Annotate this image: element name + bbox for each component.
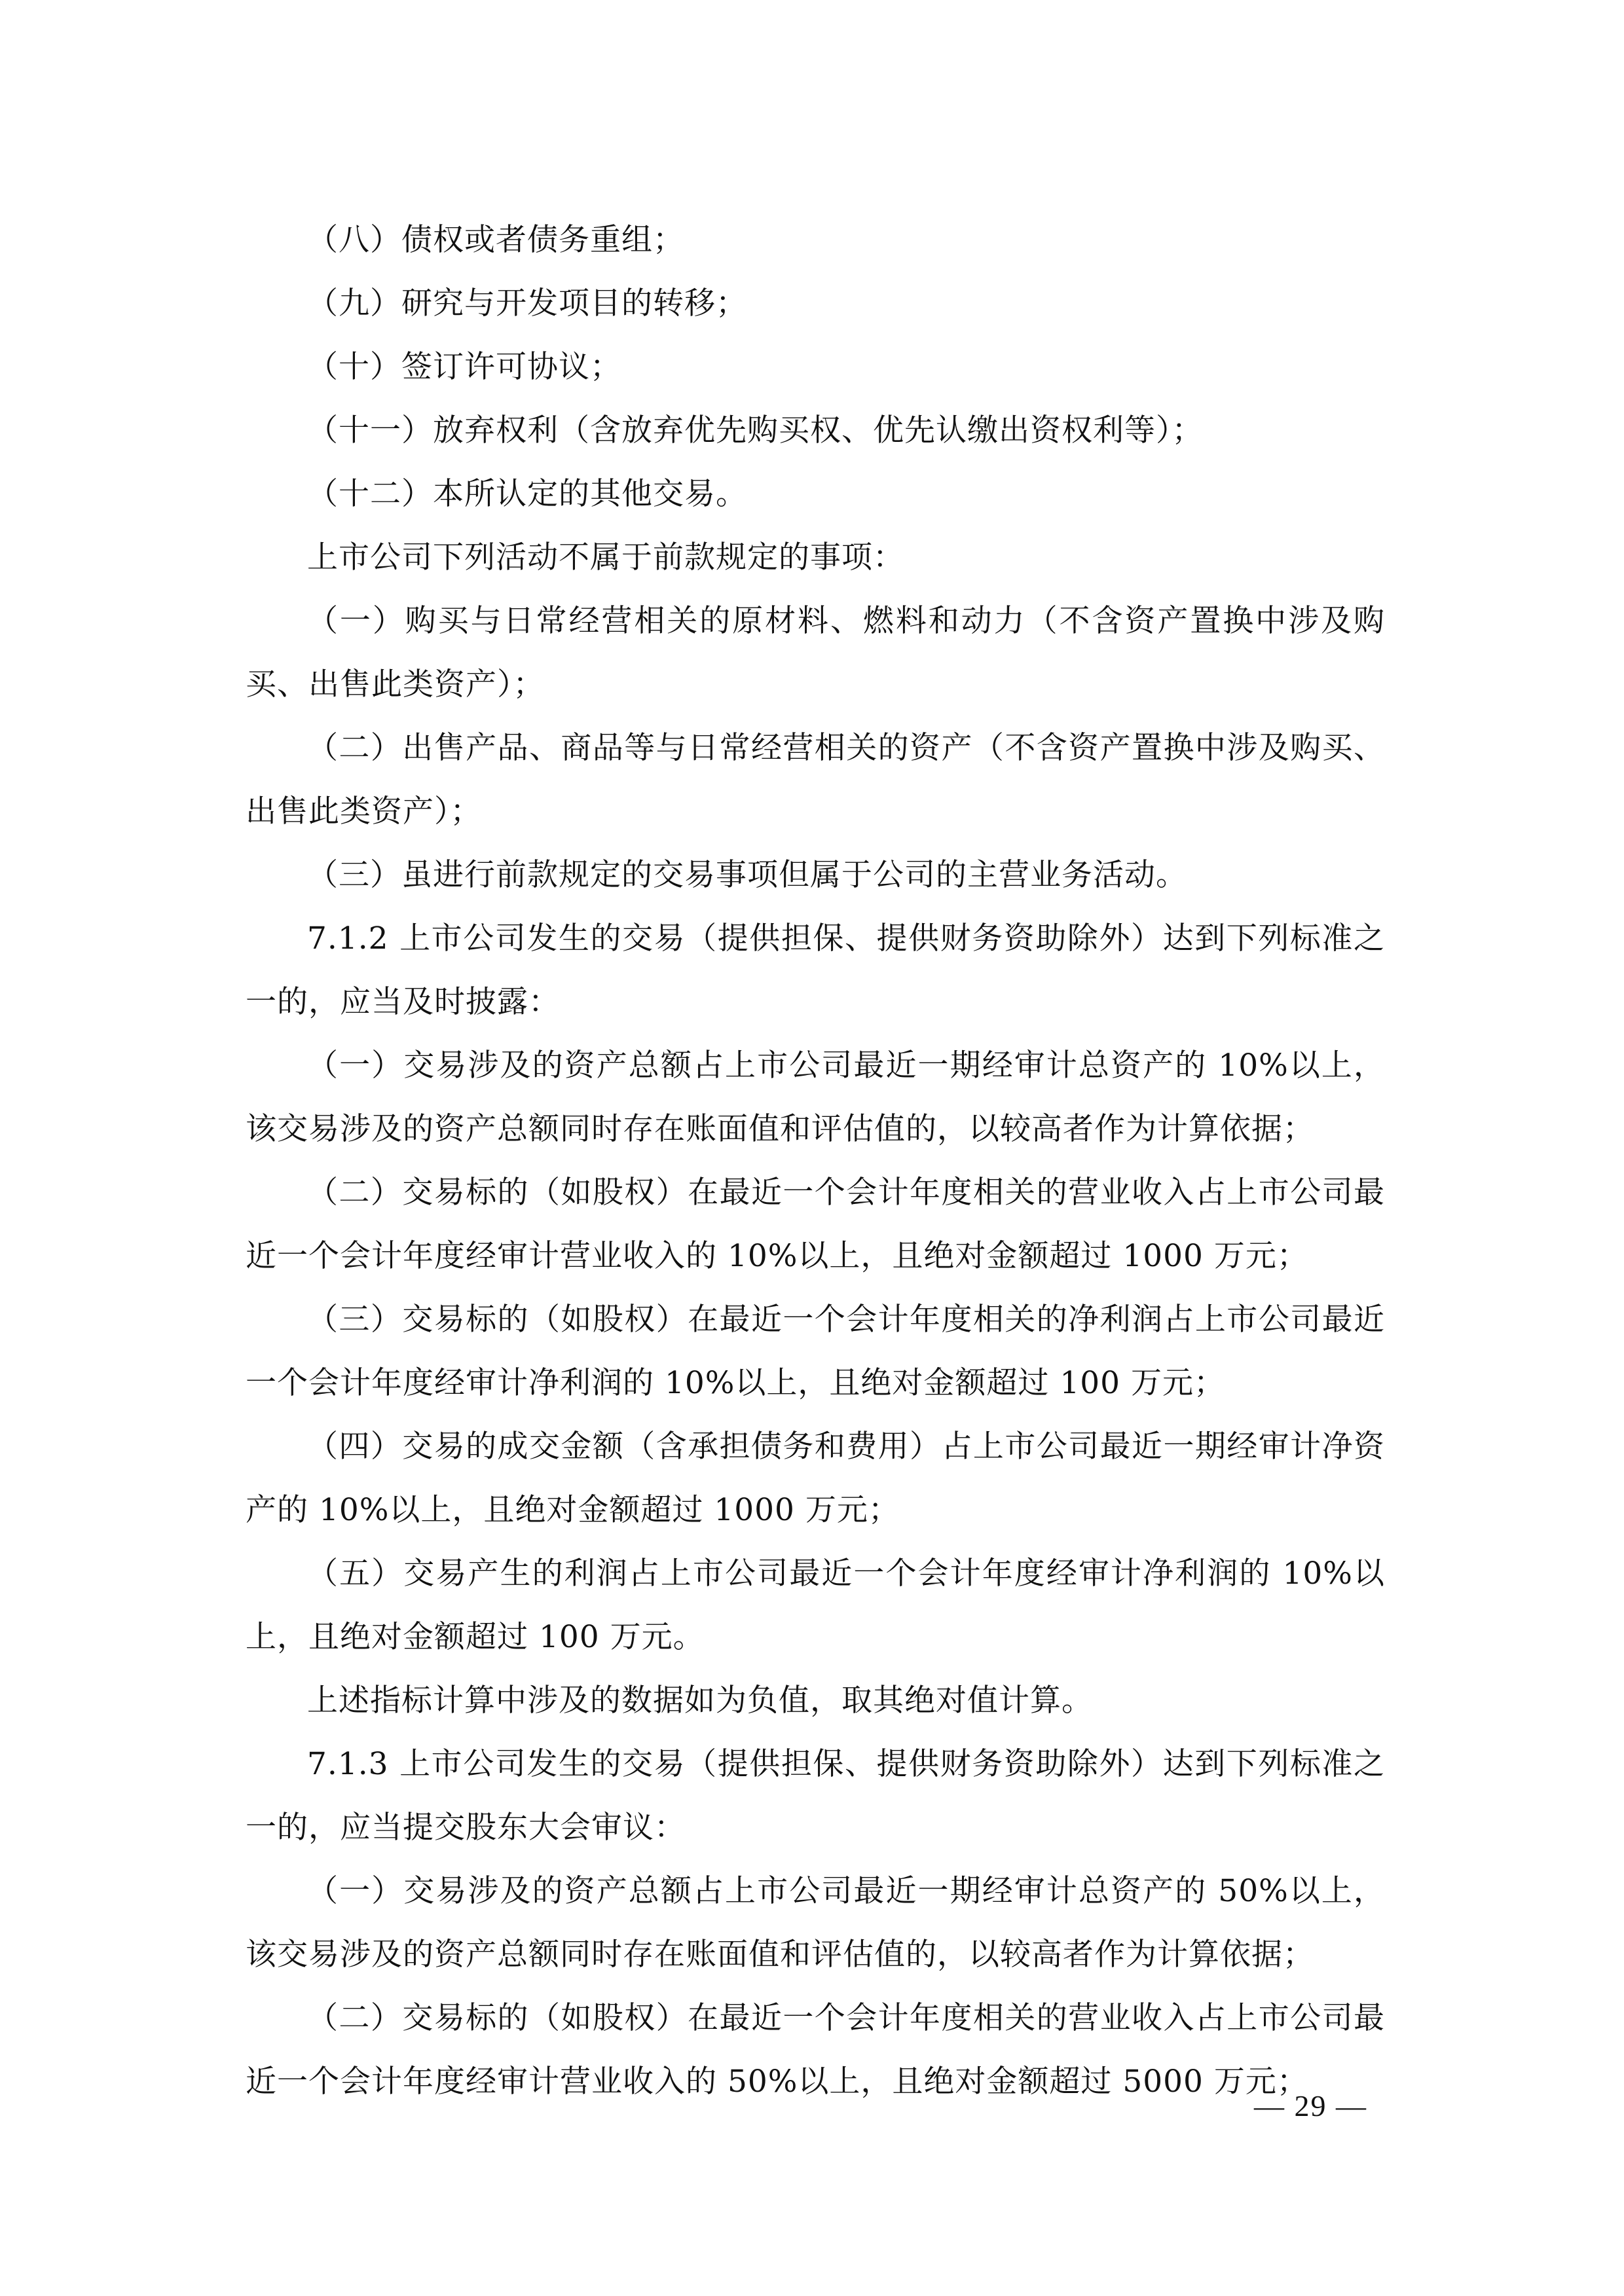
exclusion-intro: 上市公司下列活动不属于前款规定的事项：: [246, 526, 1385, 589]
clause-7-1-2-item-4: （四）交易的成交金额（含承担债务和费用）占上市公司最近一期经审计净资产的 10%…: [246, 1415, 1385, 1542]
exclusion-item-3: （三）虽进行前款规定的交易事项但属于公司的主营业务活动。: [246, 843, 1385, 907]
list-item-other-transactions: （十二）本所认定的其他交易。: [246, 462, 1385, 526]
list-item-debt-restructuring: （八）债权或者债务重组；: [246, 208, 1385, 272]
list-item-rd-transfer: （九）研究与开发项目的转移；: [246, 272, 1385, 335]
exclusion-item-1: （一）购买与日常经营相关的原材料、燃料和动力（不含资产置换中涉及购买、出售此类资…: [246, 589, 1385, 716]
clause-7-1-2: 7.1.2 上市公司发生的交易（提供担保、提供财务资助除外）达到下列标准之一的，…: [246, 907, 1385, 1034]
clause-7-1-2-item-3: （三）交易标的（如股权）在最近一个会计年度相关的净利润占上市公司最近一个会计年度…: [246, 1288, 1385, 1415]
page-number: — 29 —: [1254, 2088, 1367, 2123]
exclusion-item-2: （二）出售产品、商品等与日常经营相关的资产（不含资产置换中涉及购买、出售此类资产…: [246, 716, 1385, 843]
list-item-license-agreement: （十）签订许可协议；: [246, 335, 1385, 399]
document-body: （八）债权或者债务重组； （九）研究与开发项目的转移； （十）签订许可协议； （…: [246, 208, 1385, 2113]
clause-7-1-2-item-1: （一）交易涉及的资产总额占上市公司最近一期经审计总资产的 10%以上，该交易涉及…: [246, 1034, 1385, 1161]
clause-7-1-2-item-2: （二）交易标的（如股权）在最近一个会计年度相关的营业收入占上市公司最近一个会计年…: [246, 1161, 1385, 1288]
negative-value-note: 上述指标计算中涉及的数据如为负值，取其绝对值计算。: [246, 1669, 1385, 1732]
clause-7-1-3: 7.1.3 上市公司发生的交易（提供担保、提供财务资助除外）达到下列标准之一的，…: [246, 1732, 1385, 1859]
list-item-waive-rights: （十一）放弃权利（含放弃优先购买权、优先认缴出资权利等）；: [246, 399, 1385, 462]
clause-7-1-3-item-2: （二）交易标的（如股权）在最近一个会计年度相关的营业收入占上市公司最近一个会计年…: [246, 1986, 1385, 2113]
clause-7-1-3-item-1: （一）交易涉及的资产总额占上市公司最近一期经审计总资产的 50%以上，该交易涉及…: [246, 1859, 1385, 1986]
clause-7-1-2-item-5: （五）交易产生的利润占上市公司最近一个会计年度经审计净利润的 10%以上，且绝对…: [246, 1542, 1385, 1669]
